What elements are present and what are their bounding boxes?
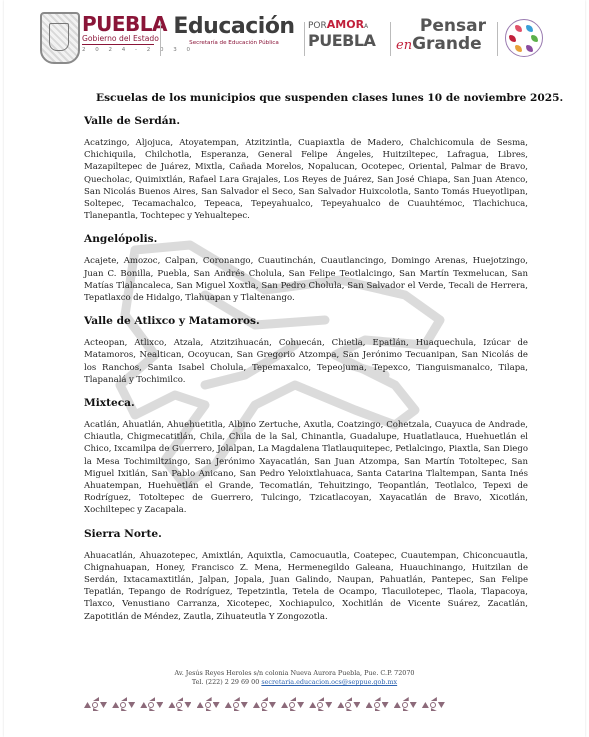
- region-heading: Sierra Norte.: [84, 528, 528, 541]
- region-sierra-norte: Sierra Norte. Ahuacatlán, Ahuazotepec, A…: [84, 528, 528, 623]
- region-municipalities: Acteopan, Atlixco, Atzala, Atzitzihuacán…: [84, 337, 528, 386]
- pattern-motif-icon: [420, 697, 446, 711]
- region-mixteca: Mixteca. Acatlán, Ahuatlán, Ahuehuetitla…: [84, 397, 528, 517]
- logo-divider: [497, 22, 498, 56]
- pattern-motif-icon: [223, 697, 249, 711]
- logo-por-amor-a-puebla: PORAMORA PUEBLA: [308, 20, 384, 49]
- state-coat-of-arms-icon: [40, 12, 80, 64]
- logo-puebla-title: PUEBLA: [82, 14, 154, 34]
- region-valle-de-atlixco-y-matamoros: Valle de Atlixco y Matamoros. Acteopan, …: [84, 315, 528, 386]
- region-municipalities: Acajete, Amozoc, Calpan, Coronango, Cuau…: [84, 255, 528, 304]
- logo-pensar-script: en: [396, 38, 412, 53]
- region-municipalities: Acatlán, Ahuatlán, Ahuehuetitla, Albino …: [84, 419, 528, 517]
- pattern-motif-icon: [82, 697, 108, 711]
- logo-puebla-gobierno: PUEBLA Gobierno del Estado 2 0 2 4 - 2 0…: [82, 14, 154, 53]
- pattern-motif-icon: [279, 697, 305, 711]
- logo-divider: [304, 22, 305, 56]
- logo-puebla-years: 2 0 2 4 - 2 0 3 0: [82, 47, 154, 53]
- pattern-motif-icon: [138, 697, 164, 711]
- logo-educacion: Educación Secretaría de Educación Públic…: [166, 14, 302, 46]
- logo-pensar-grande: Grande: [412, 34, 482, 54]
- logo-amor-accent: AMOR: [327, 18, 364, 31]
- pattern-motif-icon: [195, 697, 221, 711]
- region-heading: Valle de Atlixco y Matamoros.: [84, 315, 528, 328]
- region-heading: Valle de Serdán.: [84, 115, 528, 128]
- region-heading: Mixteca.: [84, 397, 528, 410]
- logo-amor-suffix: A: [364, 23, 368, 30]
- footer-contact: Av. Jesús Reyes Heroles s/n colonia Nuev…: [0, 669, 589, 687]
- pattern-motif-icon: [110, 697, 136, 711]
- region-municipalities: Acatzingo, Aljojuca, Atoyatempan, Atzitz…: [84, 137, 528, 222]
- header-logos: PUEBLA Gobierno del Estado 2 0 2 4 - 2 0…: [0, 6, 589, 64]
- region-heading: Angelópolis.: [84, 233, 528, 246]
- logo-divider: [390, 22, 391, 56]
- pattern-motif-icon: [392, 697, 418, 711]
- logo-divider: [160, 22, 161, 56]
- decorative-border-pattern: [82, 697, 446, 711]
- circular-emblem-icon: [505, 19, 543, 57]
- footer-phone-line: Tel. (222) 2 29 69 00 secretaria.educaci…: [0, 678, 589, 687]
- pattern-motif-icon: [166, 697, 192, 711]
- logo-pensar-bottom: enGrande: [396, 35, 492, 55]
- document-title: Escuelas de los municipios que suspenden…: [84, 92, 528, 105]
- logo-pensar-top: Pensar: [396, 18, 492, 35]
- pattern-motif-icon: [335, 697, 361, 711]
- pattern-motif-icon: [364, 697, 390, 711]
- logo-educacion-subtitle: Secretaría de Educación Pública: [166, 40, 302, 46]
- region-municipalities: Ahuacatlán, Ahuazotepec, Amixtlán, Aquix…: [84, 550, 528, 623]
- logo-puebla-subtitle: Gobierno del Estado: [82, 34, 154, 45]
- footer-phone: Tel. (222) 2 29 69 00: [192, 678, 259, 686]
- pattern-motif-icon: [251, 697, 277, 711]
- footer-address: Av. Jesús Reyes Heroles s/n colonia Nuev…: [0, 669, 589, 678]
- region-valle-de-serdan: Valle de Serdán. Acatzingo, Aljojuca, At…: [84, 115, 528, 222]
- logo-amor-prefix: POR: [308, 21, 327, 31]
- logo-amor-bottom: PUEBLA: [308, 32, 384, 49]
- region-angelopolis: Angelópolis. Acajete, Amozoc, Calpan, Co…: [84, 233, 528, 304]
- footer-email-link[interactable]: secretaria.educacion.ocs@seppue.gob.mx: [261, 678, 397, 686]
- pattern-motif-icon: [307, 697, 333, 711]
- document-body: Escuelas de los municipios que suspenden…: [84, 92, 528, 634]
- logo-pensar-en-grande: Pensar enGrande: [396, 18, 492, 55]
- logo-educacion-title: Educación: [166, 14, 302, 40]
